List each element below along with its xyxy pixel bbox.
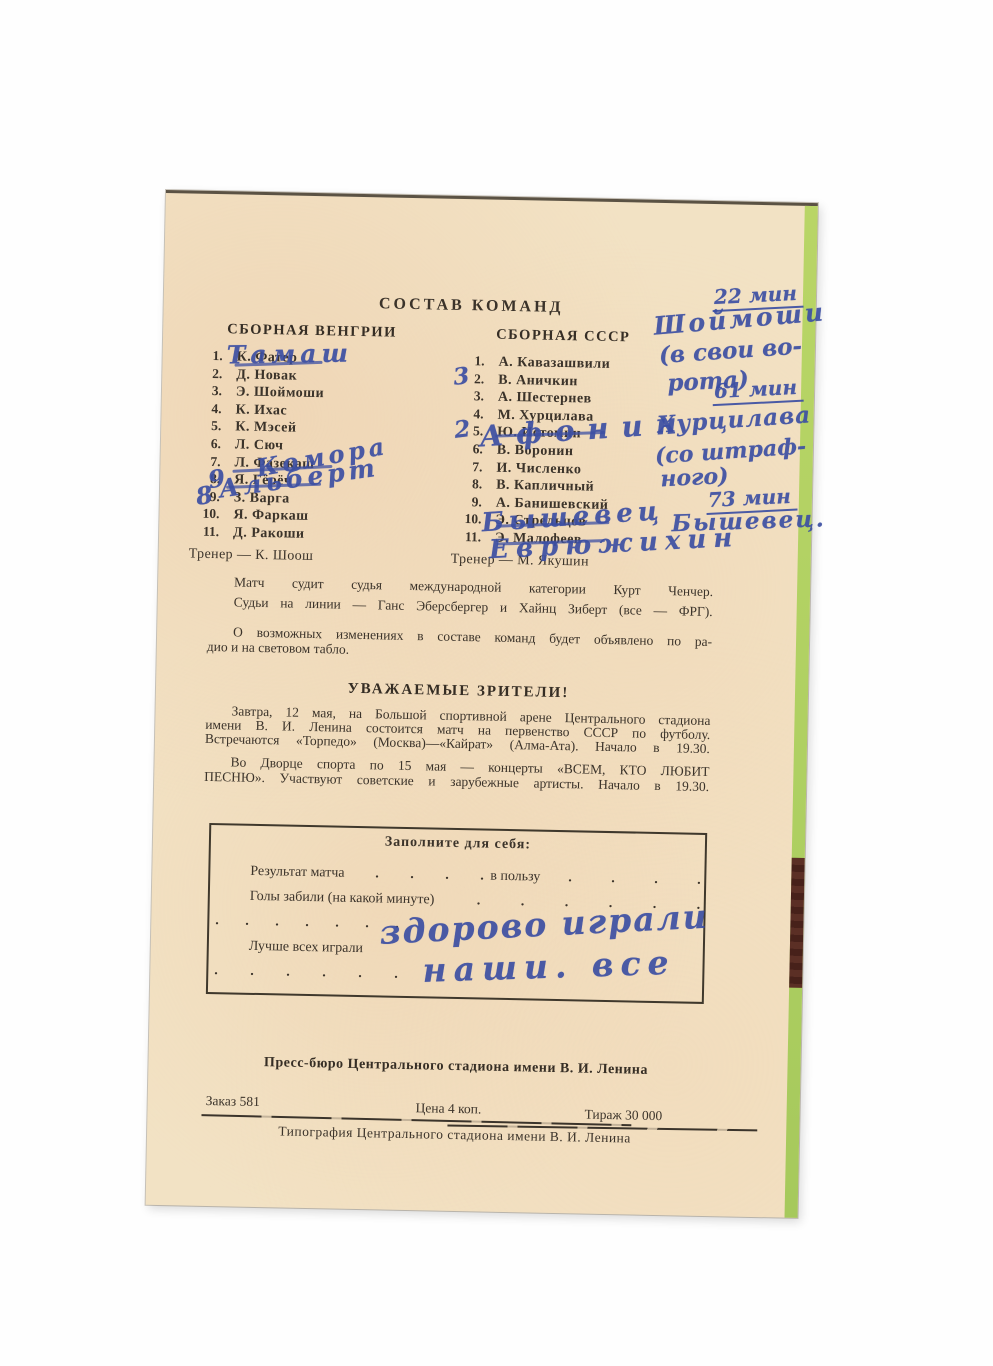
dots-line: . . . . . .	[214, 963, 398, 983]
goals-label: Голы забили (на какой минуте)	[250, 889, 435, 909]
programme-page: СОСТАВ КОМАНД СБОРНАЯ ВЕНГРИИ 1.К. Фатер…	[146, 190, 818, 1218]
linesmen-line: Судьи на линии — Ганс Эберсбергер и Хайн…	[208, 595, 713, 619]
handwritten-goal2-minute: 61 мин	[711, 375, 803, 406]
player-name: Д. Ракоши	[233, 525, 305, 541]
page-edge-stain	[789, 858, 805, 988]
player-name: Э. Шоймоши	[236, 385, 324, 402]
player-number: 8.	[452, 475, 482, 493]
dots-line: . . . .	[375, 866, 484, 884]
player-number: 3.	[192, 382, 222, 400]
dots-line: . . . . . . .	[215, 913, 399, 933]
handwritten-hungary-goalkeeper: Тамаш	[227, 339, 354, 370]
player-number: 4.	[191, 399, 221, 417]
scan-background: СОСТАВ КОМАНД СБОРНАЯ ВЕНГРИИ 1.К. Фатер…	[0, 0, 993, 1366]
player-number: 11.	[451, 528, 481, 546]
player-number: 1.	[193, 347, 223, 365]
circulation-label: Тираж 30 000	[584, 1107, 662, 1125]
spectators-heading: УВАЖАЕМЫЕ ЗРИТЕЛИ!	[206, 676, 711, 706]
handwritten-number-change: 2	[453, 415, 472, 444]
player-number: 10.	[451, 510, 481, 528]
player-number: 5.	[191, 417, 221, 435]
order-number: Заказ 581	[206, 1093, 260, 1110]
player-number: 7.	[452, 457, 482, 475]
press-bureau-line: Пресс-бюро Центрального стадиона имени В…	[198, 1054, 713, 1080]
player-number: 11.	[189, 522, 219, 540]
in-favor-label: в пользу	[490, 869, 540, 886]
player-number: 9.	[452, 493, 482, 511]
dots-line: . . . .	[568, 870, 701, 889]
player-name: А. Шестернев	[498, 390, 592, 407]
team-header-ussr: СБОРНАЯ СССР	[496, 327, 631, 347]
price-label: Цена 4 коп.	[415, 1100, 481, 1117]
player-name: Д. Новак	[236, 367, 297, 383]
result-label: Результат матча	[250, 864, 345, 882]
player-number: 2.	[192, 364, 222, 382]
player-name: И. Численко	[496, 460, 581, 477]
player-name: К. Ихас	[235, 402, 287, 418]
best-players-label: Лучше всех играли	[249, 939, 363, 957]
player-name: А. Кавазашвили	[498, 355, 610, 372]
body-text: Матч судит судья международной категории…	[204, 569, 713, 794]
page-title: СОСТАВ КОМАНД	[214, 292, 729, 320]
coach-line-hungary: Тренер — К. Шоош	[189, 546, 321, 565]
player-name: К. Мэсей	[235, 420, 297, 436]
fill-box-title: Заполните для себя:	[211, 831, 705, 857]
player-row: 11.Д. Ракоши	[189, 522, 322, 542]
player-name: В. Капличный	[496, 478, 594, 495]
player-name: В. Аничкин	[498, 372, 578, 389]
handwritten-box-note: наши. все	[422, 943, 676, 990]
player-name: Я. Фаркаш	[233, 508, 308, 525]
player-number: 6.	[191, 435, 221, 453]
handwritten-number-change: 3	[452, 362, 471, 391]
